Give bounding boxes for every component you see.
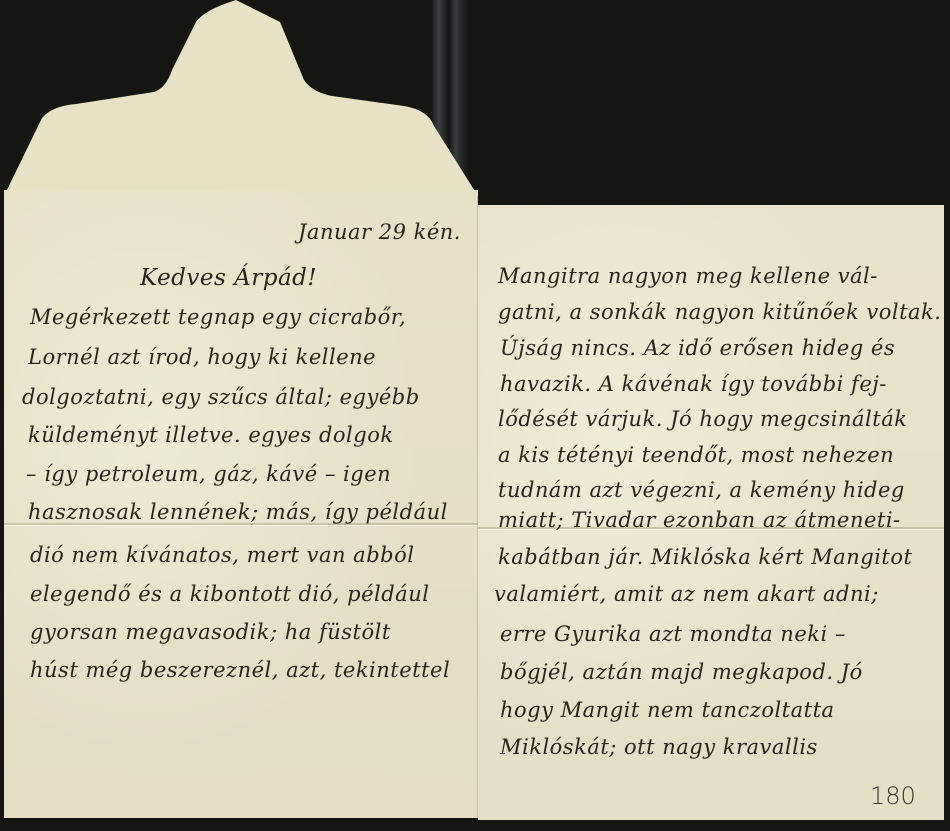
left-line: dolgoztatni, egy szűcs által; egyébb xyxy=(22,385,420,409)
left-line: elegendő és a kibontott dió, például xyxy=(30,582,429,606)
left-line: küldeményt illetve. egyes dolgok xyxy=(28,423,394,447)
right-line: erre Gyurika azt mondta neki – xyxy=(500,622,846,646)
left-line: gyorsan megavasodik; ha füstölt xyxy=(30,620,391,644)
left-line: – így petroleum, gáz, kávé – igen xyxy=(26,462,391,486)
right-line: tudnám azt végezni, a kemény hideg xyxy=(498,478,905,502)
right-line: kabátban jár. Miklóska kért Mangitot xyxy=(498,545,912,569)
left-line: hasznosak lennének; más, így például xyxy=(28,500,448,524)
left-line: dió nem kívánatos, mert van abból xyxy=(30,543,414,567)
right-line: miatt; Tivadar ezonban az átmeneti- xyxy=(498,508,901,532)
right-line: hogy Mangit nem tanczoltatta xyxy=(500,698,835,722)
right-line: Miklóskát; ott nagy kravallis xyxy=(500,735,818,759)
letter-salutation: Kedves Árpád! xyxy=(140,265,317,291)
right-line: gatni, a sonkák nagyon kitűnőek voltak. xyxy=(498,300,941,324)
left-line: Megérkezett tegnap egy cicrabőr, xyxy=(30,305,406,329)
left-line: Lornél azt írod, hogy ki kellene xyxy=(28,345,376,369)
letter-date: Januar 29 kén. xyxy=(298,220,461,244)
right-line: bőgjél, aztán majd megkapod. Jó xyxy=(500,660,863,684)
center-fold xyxy=(477,196,478,818)
right-line: havazik. A kávénak így további fej- xyxy=(500,372,887,396)
left-line: húst még beszereznél, azt, tekintettel xyxy=(30,658,450,682)
envelope-flap xyxy=(4,0,478,196)
page-number: 180 xyxy=(870,782,916,810)
right-line: Mangitra nagyon meg kellene vál- xyxy=(498,264,878,288)
right-line: Újság nincs. Az idő erősen hideg és xyxy=(500,336,895,360)
right-line: valamiért, amit az nem akart adni; xyxy=(494,582,879,606)
right-line: lődését várjuk. Jó hogy megcsinálták xyxy=(498,407,907,431)
right-line: a kis tétényi teendőt, most nehezen xyxy=(498,443,894,467)
